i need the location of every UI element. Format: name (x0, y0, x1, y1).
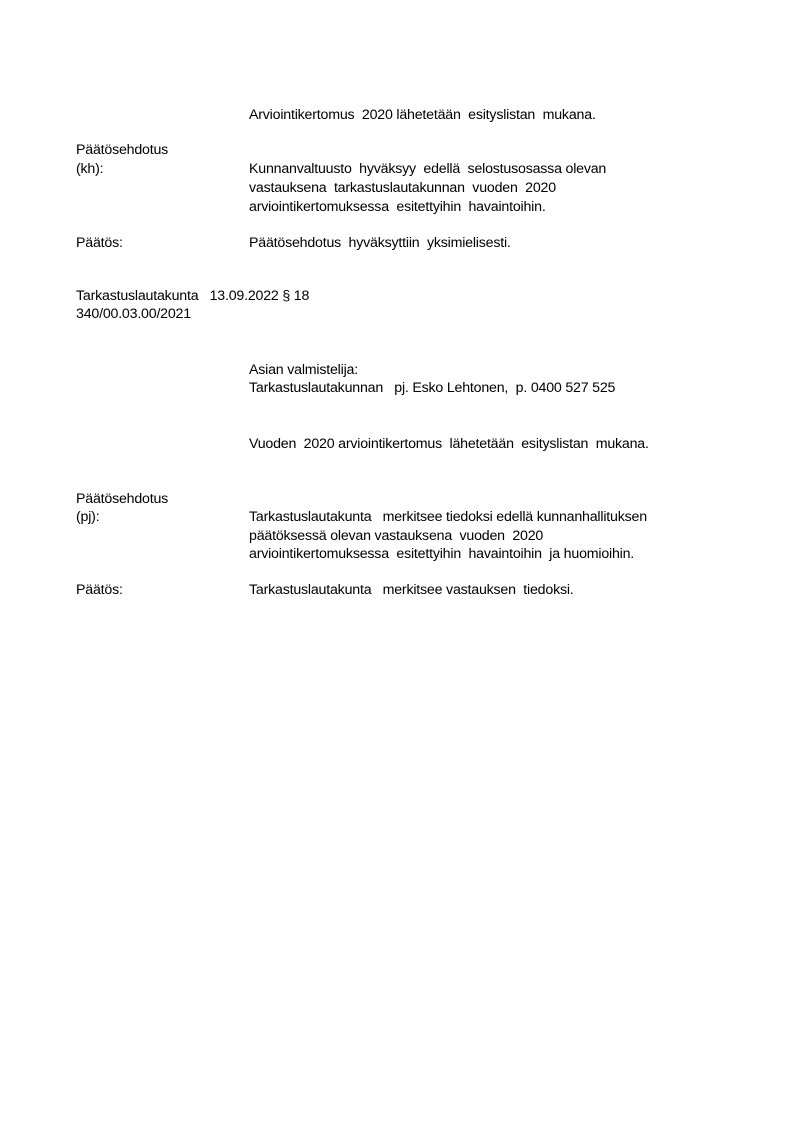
section2-proposal-label: Päätösehdotus (76, 490, 168, 509)
section1-proposal-line: arviointikertomuksessa esitettyihin hava… (249, 198, 546, 217)
section2-proposal-line: arviointikertomuksessa esitettyihin hava… (249, 545, 634, 564)
section1-proposal-line: Kunnanvaltuusto hyväksyy edellä selostus… (249, 160, 606, 179)
section1-proposal-label: Päätösehdotus (76, 141, 168, 160)
section2-proposal-line: Tarkastuslautakunta merkitsee tiedoksi e… (249, 508, 647, 527)
section2-decision-text: Tarkastuslautakunta merkitsee vastauksen… (249, 581, 574, 600)
section2-proposal-line: päätöksessä olevan vastauksena vuoden 20… (249, 527, 543, 546)
section1-intro: Arviointikertomus 2020 lähetetään esitys… (249, 106, 596, 125)
section2-header: Tarkastuslautakunta 13.09.2022 § 18 (76, 287, 309, 306)
case-number: 340/00.03.00/2021 (76, 305, 191, 324)
section2-proposal-label-suffix: (pj): (76, 508, 99, 527)
preparer-label: Asian valmistelija: (249, 361, 358, 380)
section1-decision-label: Päätös: (76, 234, 123, 253)
section2-decision-label: Päätös: (76, 581, 123, 600)
preparer: Tarkastuslautakunnan pj. Esko Lehtonen, … (249, 379, 615, 398)
section2-intro: Vuoden 2020 arviointikertomus lähetetään… (249, 435, 649, 454)
section1-decision-text: Päätösehdotus hyväksyttiin yksimielisest… (249, 234, 511, 253)
section1-proposal-line: vastauksena tarkastuslautakunnan vuoden … (249, 179, 556, 198)
section1-proposal-label-suffix: (kh): (76, 160, 103, 179)
